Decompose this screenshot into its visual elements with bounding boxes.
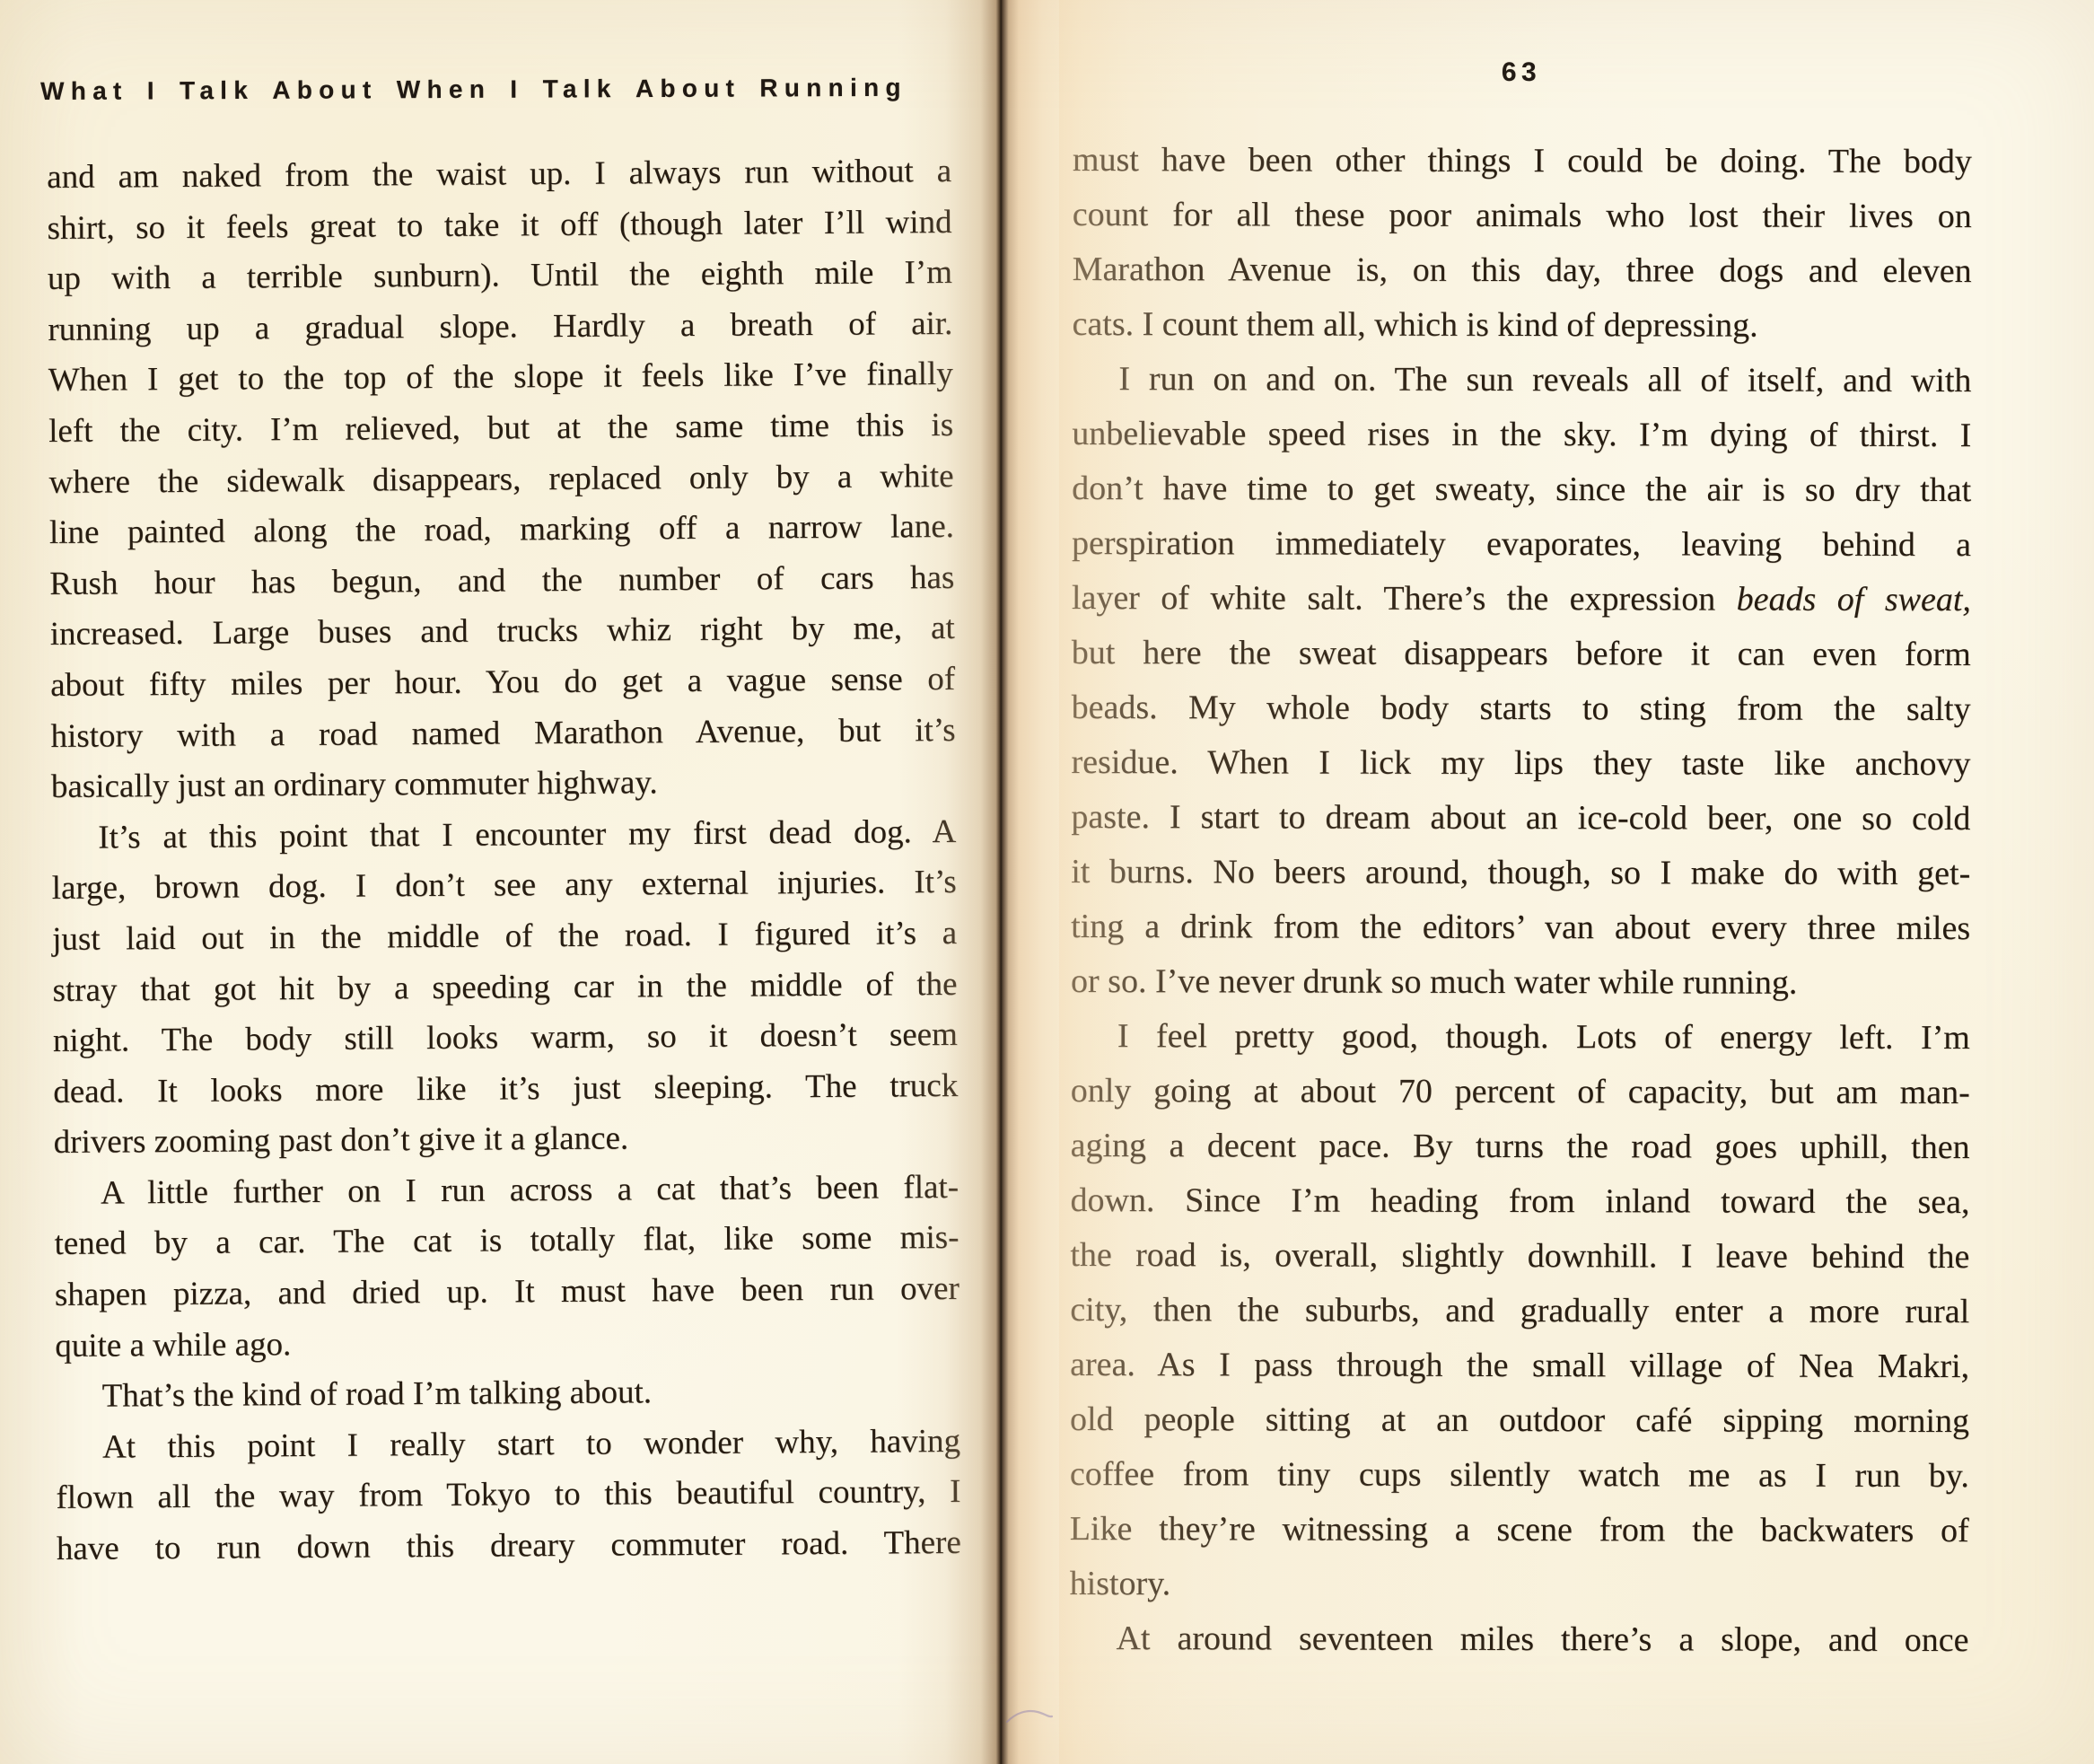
text-line: At around seventeen miles there’s a slop… [1069,1611,1968,1668]
text-line: I run on and on. The sun reveals all of … [1072,352,1971,408]
text-line: quite a while ago. [55,1315,959,1373]
text-line: ting a drink from the editors’ van about… [1071,900,1970,956]
body-text-right: must have been other things I could be d… [1069,133,1972,1668]
text-line: it burns. No beers around, though, so I … [1071,845,1970,901]
text-line: down. Since I’m heading from inland towa… [1070,1173,1969,1230]
text-line: basically just an ordinary commuter high… [51,756,956,813]
text-line: old people sitting at an outdoor café si… [1070,1392,1969,1449]
text-line: night. The body still looks warm, so it … [53,1010,958,1067]
text-line: only going at about 70 percent of capaci… [1071,1064,1970,1120]
book-spread-scan: { "colors": { "paper": "#fbf7e8", "ink":… [0,0,2094,1764]
text-line: must have been other things I could be d… [1073,133,1972,189]
text-line: don’t have time to get sweaty, since the… [1072,461,1971,518]
running-header: What I Talk About When I Talk About Runn… [40,74,949,106]
text-line: shirt, so it feels great to take it off … [47,197,951,255]
text-line: I feel pretty good, though. Lots of ener… [1071,1009,1970,1066]
text-line: unbelievable speed rises in the sky. I’m… [1072,407,1971,463]
text-line: stray that got hit by a speeding car in … [52,959,957,1016]
text-line: cats. I count them all, which is kind of… [1072,297,1971,354]
text-line: up with a terrible sunburn). Until the e… [48,248,952,305]
text-line: or so. I’ve never drunk so much water wh… [1071,954,1970,1011]
text-line: That’s the kind of road I’m talking abou… [55,1365,959,1423]
body-text-left: and am naked from the waist up. I always… [47,146,961,1575]
text-line: have to run down this dreary commuter ro… [57,1518,961,1575]
text-line: layer of white salt. There’s the express… [1072,571,1971,627]
text-line: paste. I start to dream about an ice-col… [1071,790,1970,847]
text-line: A little further on I run across a cat t… [54,1163,959,1220]
text-line: drivers zooming past don’t give it a gla… [54,1111,959,1169]
text-line: and am naked from the waist up. I always… [47,146,951,204]
text-line: line painted along the road, marking off… [49,502,954,559]
text-line: flown all the way from Tokyo to this bea… [56,1467,960,1524]
text-line: area. As I pass through the small villag… [1070,1338,1969,1394]
text-line: dead. It looks more like it’s just sleep… [53,1061,958,1119]
text-line: running up a gradual slope. Hardly a bre… [48,299,952,356]
text-line: At this point I really start to wonder w… [56,1417,960,1474]
page-number: 63 [1073,57,1970,88]
text-line: It’s at this point that I encounter my f… [51,807,956,864]
right-page: 63 must have been other things I could b… [1059,0,2094,1764]
text-line: beads. My whole body starts to sting fro… [1072,680,1971,737]
text-line: city, then the suburbs, and gradually en… [1070,1283,1969,1339]
text-line: Like they’re witnessing a scene from the… [1070,1502,1969,1558]
text-line: history with a road named Marathon Avenu… [50,705,955,762]
text-line: but here the sweat disappears before it … [1072,626,1971,682]
text-line: large, brown dog. I don’t see any extern… [52,857,957,915]
text-line: left the city. I’m relieved, but at the … [48,400,953,458]
text-line: the road is, overall, slightly downhill.… [1070,1228,1969,1285]
text-line: tened by a car. The cat is totally flat,… [54,1213,959,1270]
text-line: residue. When I lick my lips they taste … [1071,735,1970,792]
text-line: just laid out in the middle of the road.… [52,908,957,966]
text-line: shapen pizza, and dried up. It must have… [55,1264,959,1321]
text-line: coffee from tiny cups silently watch me … [1070,1447,1969,1504]
text-line: about fifty miles per hour. You do get a… [50,654,955,712]
text-line: aging a decent pace. By turns the road g… [1071,1119,1970,1175]
text-line: count for all these poor animals who los… [1073,188,1972,244]
pen-mark [1003,1697,1057,1733]
text-line: where the sidewalk disappears, replaced … [48,452,953,509]
text-line: increased. Large buses and trucks whiz r… [50,603,955,661]
text-line: When I get to the top of the slope it fe… [48,349,953,407]
text-line: Marathon Avenue is, on this day, three d… [1073,242,1972,299]
text-line: perspiration immediately evaporates, lea… [1072,516,1971,573]
text-line: history. [1070,1557,1969,1613]
text-line: Rush hour has begun, and the number of c… [49,553,954,610]
left-page: What I Talk About When I Talk About Runn… [0,0,969,1764]
